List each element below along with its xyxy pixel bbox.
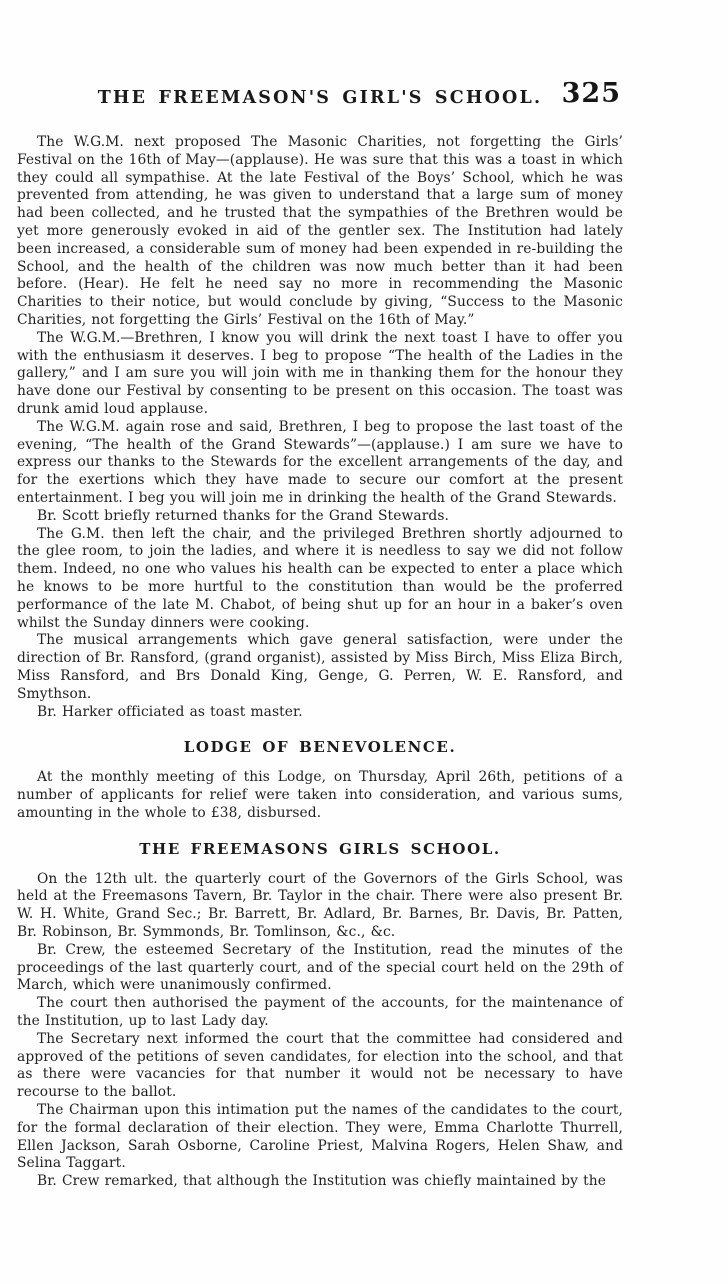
page-header: THE FREEMASON'S GIRL'S SCHOOL. 325: [17, 84, 623, 118]
paragraph: The court then authorised the payment of…: [17, 995, 623, 1031]
section-heading-lodge-of-benevolence: LODGE OF BENEVOLENCE.: [17, 738, 623, 756]
paragraph: Br. Crew remarked, that although the Ins…: [17, 1173, 623, 1191]
paragraph: The G.M. then left the chair, and the pr…: [17, 526, 623, 633]
paragraph: Br. Scott briefly returned thanks for th…: [17, 508, 623, 526]
journal-page: THE FREEMASON'S GIRL'S SCHOOL. 325 The W…: [0, 0, 728, 1284]
paragraph: The Chairman upon this intimation put th…: [17, 1102, 623, 1173]
festival-article: The W.G.M. next proposed The Masonic Cha…: [17, 134, 623, 721]
paragraph: At the monthly meeting of this Lodge, on…: [17, 769, 623, 822]
paragraph: The W.G.M.—Brethren, I know you will dri…: [17, 330, 623, 419]
paragraph: The W.G.M. next proposed The Masonic Cha…: [17, 134, 623, 330]
paragraph: Br. Crew, the esteemed Secretary of the …: [17, 942, 623, 995]
freemasons-girls-school-article: On the 12th ult. the quarterly court of …: [17, 871, 623, 1191]
page-content: THE FREEMASON'S GIRL'S SCHOOL. 325 The W…: [17, 84, 623, 1191]
paragraph: On the 12th ult. the quarterly court of …: [17, 871, 623, 942]
page-title: THE FREEMASON'S GIRL'S SCHOOL.: [17, 84, 623, 108]
paragraph: The W.G.M. again rose and said, Brethren…: [17, 419, 623, 508]
page-number: 325: [562, 78, 621, 109]
paragraph: The Secretary next informed the court th…: [17, 1031, 623, 1102]
section-heading-freemasons-girls-school: THE FREEMASONS GIRLS SCHOOL.: [17, 840, 623, 858]
paragraph: Br. Harker officiated as toast master.: [17, 704, 623, 722]
paragraph: The musical arrangements which gave gene…: [17, 632, 623, 703]
lodge-of-benevolence-article: At the monthly meeting of this Lodge, on…: [17, 769, 623, 822]
